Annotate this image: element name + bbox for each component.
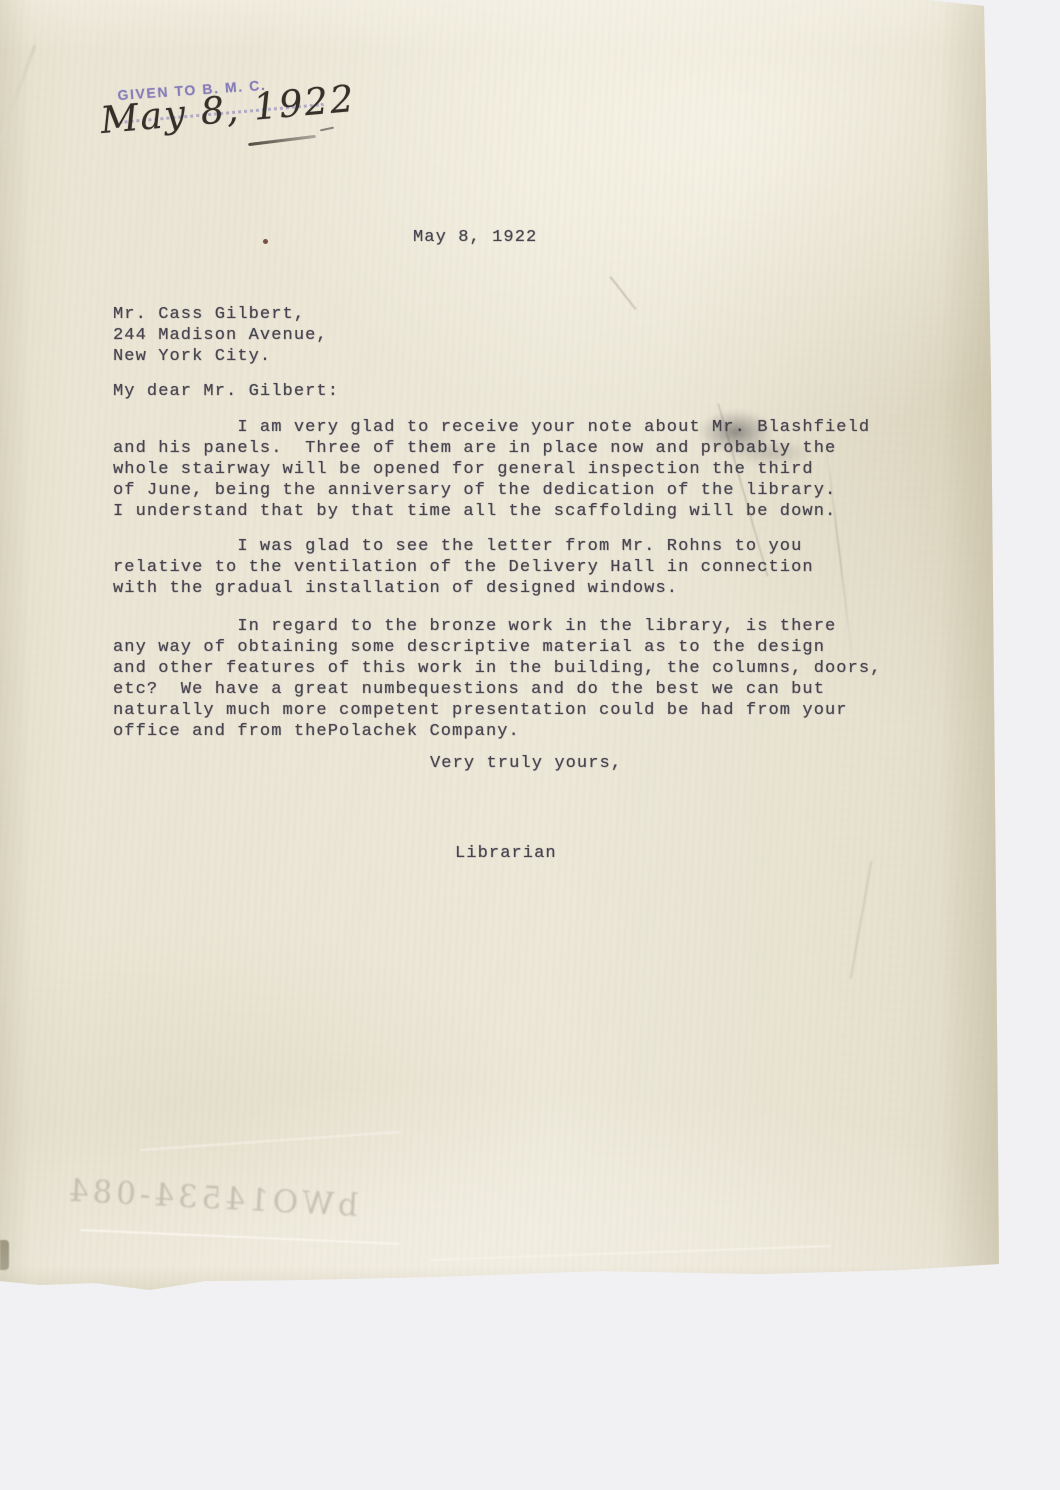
paragraph-3: In regard to the bronze work in the libr… [113, 616, 882, 742]
letter-paper: GIVEN TO B. M. C. May 8, 1922 May 8, 192… [0, 0, 1000, 1292]
ink-smear [724, 440, 814, 466]
handwriting-tick [320, 127, 334, 132]
crease-mark [0, 44, 37, 186]
wrinkle-mark [140, 1131, 400, 1151]
scratch-mark [609, 276, 636, 310]
signature-title: Librarian [455, 843, 557, 864]
crease-mark [850, 861, 873, 980]
salutation: My dear Mr. Gilbert: [113, 381, 339, 402]
ink-dot [263, 239, 268, 244]
typed-date: May 8, 1922 [413, 227, 537, 248]
pencil-annotation-mirrored: bWO14534-084 [57, 1172, 358, 1224]
recipient-address: Mr. Cass Gilbert, 244 Madison Avenue, Ne… [113, 304, 328, 367]
closing-line: Very truly yours, [430, 753, 622, 774]
paper-speck [0, 1240, 9, 1270]
paragraph-2: I was glad to see the letter from Mr. Ro… [113, 536, 814, 599]
handwriting-flourish [248, 135, 316, 146]
scanned-letter-page: GIVEN TO B. M. C. May 8, 1922 May 8, 192… [0, 0, 1060, 1490]
wrinkle-mark [80, 1229, 400, 1245]
wrinkle-mark [430, 1245, 830, 1261]
